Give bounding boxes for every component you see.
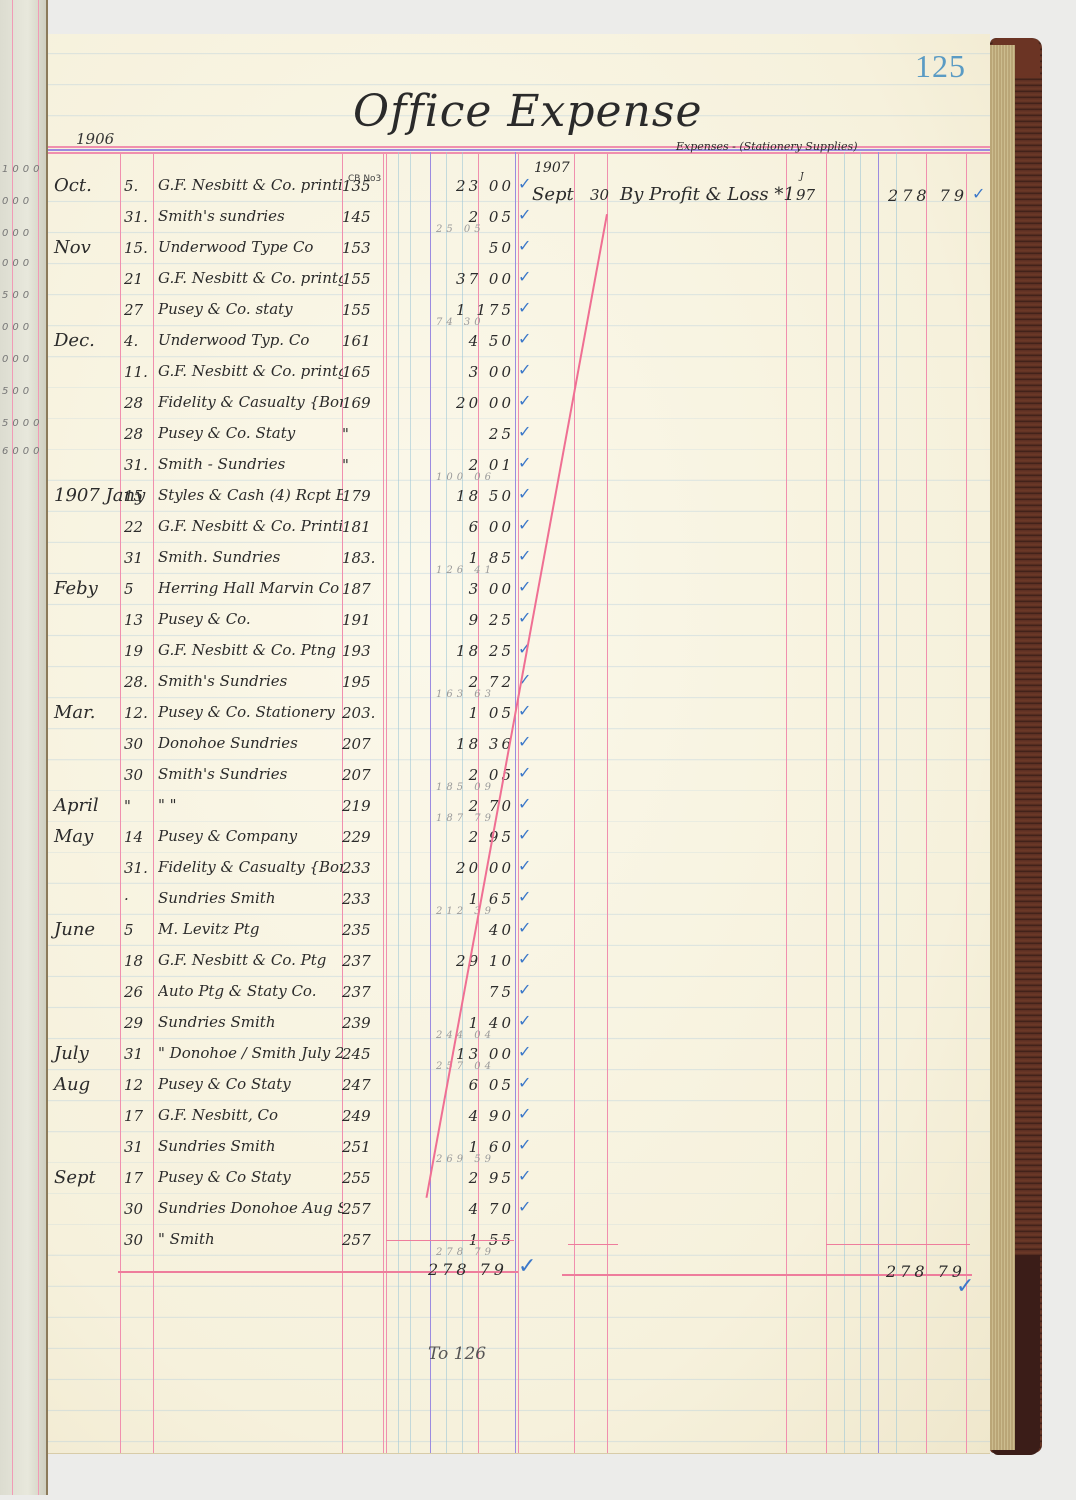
entry-folio: 179 <box>342 487 382 505</box>
entry-description: Auto Ptg & Staty Co. <box>158 982 343 1000</box>
check-mark-icon: ✓ <box>518 825 531 844</box>
ledger-row: July31" Donohoe / Smith July 2624513 00✓… <box>48 1039 518 1070</box>
check-mark-icon: ✓ <box>518 391 531 410</box>
entry-day: 30 <box>124 1200 154 1218</box>
check-mark-icon: ✓ <box>518 980 531 999</box>
ledger-row: 27Pusey & Co. staty1551 175✓74 30 <box>48 295 518 326</box>
entry-day: 28 <box>124 425 154 443</box>
check-mark-icon: ✓ <box>518 236 531 255</box>
entry-folio: 257 <box>342 1200 382 1218</box>
entry-amount: 18 50 <box>438 487 514 505</box>
entry-description: G.F. Nesbitt & Co. printg <box>158 269 343 287</box>
entry-amount: 2 95 <box>438 1169 514 1187</box>
carry-forward-note: To 126 <box>428 1344 486 1364</box>
ledger-row: 11.G.F. Nesbitt & Co. printg1653 00✓ <box>48 357 518 388</box>
check-mark-icon: ✓ <box>518 701 531 720</box>
entry-folio: 161 <box>342 332 382 350</box>
entry-description: Smith. Sundries <box>158 548 343 566</box>
entry-folio: 153 <box>342 239 382 257</box>
entry-description: G.F. Nesbitt & Co. Printing <box>158 517 343 535</box>
entry-folio: 229 <box>342 828 382 846</box>
check-mark-icon: ✓ <box>518 1104 531 1123</box>
facing-amount: 000 <box>2 228 33 239</box>
check-mark-icon: ✓ <box>518 360 531 379</box>
entry-folio: 165 <box>342 363 382 381</box>
entry-day: 19 <box>124 642 154 660</box>
entry-day: 30 <box>124 1231 154 1249</box>
entry-day: 14 <box>124 828 154 846</box>
ledger-row: 31.Smith - Sundries"2 01✓100 06 <box>48 450 518 481</box>
entry-folio: 135 <box>342 177 382 195</box>
entry-description: Pusey & Co. staty <box>158 300 343 318</box>
ledger-row: 28Pusey & Co. Staty"25✓ <box>48 419 518 450</box>
check-mark-icon: ✓ <box>518 856 531 875</box>
ledger-row: 13Pusey & Co.1919 25✓ <box>48 605 518 636</box>
subtotal-rule <box>386 1240 514 1241</box>
entry-description: Sundries Smith <box>158 889 343 907</box>
entry-description: Pusey & Co. Staty <box>158 424 343 442</box>
entry-description: G.F. Nesbitt & Co. printing <box>158 176 343 194</box>
check-mark-icon: ✓ <box>518 1135 531 1154</box>
entry-description: Pusey & Co Staty <box>158 1075 343 1093</box>
column-rule <box>860 152 861 1453</box>
entry-description: Smith's Sundries <box>158 672 343 690</box>
subtotal-rule <box>826 1244 970 1245</box>
column-rule <box>786 152 787 1453</box>
page-number: 125 <box>915 48 966 85</box>
ledger-row: 1907 Jany15Styles & Cash (4) Rcpt Books1… <box>48 481 518 512</box>
check-mark-icon: ✓ <box>518 329 531 348</box>
debit-total: 278 79 <box>428 1260 508 1279</box>
ledger-row: 30Smith's Sundries2072 05✓185 09 <box>48 760 518 791</box>
entry-description: G.F. Nesbitt & Co. Ptng <box>158 641 343 659</box>
entry-description: Fidelity & Casualty {Bond Adams} <box>158 858 343 876</box>
credit-total-check-icon: ✓ <box>956 1274 974 1299</box>
entry-folio: 169 <box>342 394 382 412</box>
entry-day: 30 <box>124 735 154 753</box>
ledger-row: June5M. Levitz Ptg23540✓ <box>48 915 518 946</box>
entry-amount: 6 05 <box>438 1076 514 1094</box>
entry-description: Styles & Cash (4) Rcpt Books <box>158 486 343 504</box>
account-note: Expenses - (Stationery Supplies) <box>676 140 858 153</box>
entry-day: · <box>124 890 154 908</box>
entry-description: Herring Hall Marvin Co <box>158 579 343 597</box>
check-mark-icon: ✓ <box>518 1166 531 1185</box>
check-mark-icon: ✓ <box>518 763 531 782</box>
entry-folio: " <box>342 425 382 443</box>
entry-description: " " <box>158 796 343 814</box>
entry-folio: 239 <box>342 1014 382 1032</box>
facing-amount: 6000 <box>2 446 43 457</box>
column-rule <box>826 152 827 1453</box>
column-rule <box>926 152 927 1453</box>
column-rule <box>607 152 608 1453</box>
ledger-row: May14Pusey & Company2292 95✓ <box>48 822 518 853</box>
entry-description: Smith - Sundries <box>158 455 343 473</box>
entry-folio: 207 <box>342 735 382 753</box>
facing-page-edge: 1000 000 000 000 500 000 000 500 5000 60… <box>0 0 48 1495</box>
check-mark-icon: ✓ <box>518 453 531 472</box>
entry-day: 17 <box>124 1107 154 1125</box>
pencil-subtotal: 278 79 <box>436 1247 495 1258</box>
entry-amount: 50 <box>438 239 514 257</box>
entry-amount: 1 05 <box>438 704 514 722</box>
check-mark-icon: ✓ <box>518 949 531 968</box>
entry-amount: 3 00 <box>438 580 514 598</box>
debit-total-check-icon: ✓ <box>518 1254 536 1279</box>
entry-folio: 207 <box>342 766 382 784</box>
check-mark-icon: ✓ <box>518 422 531 441</box>
check-mark-icon: ✓ <box>518 267 531 286</box>
ledger-row: 22G.F. Nesbitt & Co. Printing1816 00✓ <box>48 512 518 543</box>
entry-description: G.F. Nesbitt & Co. Ptg <box>158 951 343 969</box>
facing-amount: 000 <box>2 196 33 207</box>
check-mark-icon: ✓ <box>518 298 531 317</box>
entry-month: April <box>54 795 120 816</box>
entry-month: Aug <box>54 1074 120 1095</box>
column-rule <box>878 152 879 1453</box>
entry-month: Dec. <box>54 330 120 351</box>
entry-folio: 193 <box>342 642 382 660</box>
facing-amount: 500 <box>2 290 33 301</box>
entry-folio: 235 <box>342 921 382 939</box>
ledger-row: 31.Smith's sundries1452 05✓25 05 <box>48 202 518 233</box>
entry-day: 22 <box>124 518 154 536</box>
entry-amount: 6 00 <box>438 518 514 536</box>
ledger-row: Sept17Pusey & Co Staty2552 95✓ <box>48 1163 518 1194</box>
entry-amount: 4 90 <box>438 1107 514 1125</box>
check-mark-icon: ✓ <box>518 732 531 751</box>
ledger-row: ·Sundries Smith2331 65✓212 39 <box>48 884 518 915</box>
entry-folio: 181 <box>342 518 382 536</box>
entry-amount: 25 <box>438 425 514 443</box>
entry-folio: 245 <box>342 1045 382 1063</box>
check-mark-icon: ✓ <box>518 794 531 813</box>
entry-description: Sundries Donohoe Aug Sep <box>158 1199 343 1217</box>
entry-amount: 2 95 <box>438 828 514 846</box>
ledger-row: 18G.F. Nesbitt & Co. Ptg23729 10✓ <box>48 946 518 977</box>
entry-folio: 237 <box>342 983 382 1001</box>
entry-day: 28. <box>124 673 154 691</box>
entry-description: Smith's Sundries <box>158 765 343 783</box>
ledger-row: Oct.5.G.F. Nesbitt & Co. printing13523 0… <box>48 171 518 202</box>
entry-folio: 233 <box>342 890 382 908</box>
credit-total: 278 79 <box>886 1262 966 1281</box>
facing-amount: 1000 <box>2 164 43 175</box>
credit-folio: 97 <box>796 186 815 204</box>
entry-description: Fidelity & Casualty {Bond Mr. Smith} <box>158 393 343 411</box>
entry-folio: 251 <box>342 1138 382 1156</box>
entry-folio: 191 <box>342 611 382 629</box>
debit-year: 1906 <box>76 130 114 148</box>
entry-folio: 145 <box>342 208 382 226</box>
entry-folio: 249 <box>342 1107 382 1125</box>
ledger-row: 31Smith. Sundries183.1 85✓126 41 <box>48 543 518 574</box>
entry-folio: 155 <box>342 270 382 288</box>
ledger-row: 17G.F. Nesbitt, Co2494 90✓ <box>48 1101 518 1132</box>
entry-day: 31. <box>124 208 154 226</box>
subtotal-rule <box>568 1244 618 1245</box>
entry-day: 5. <box>124 177 154 195</box>
entry-description: Sundries Smith <box>158 1013 343 1031</box>
facing-amount: 000 <box>2 258 33 269</box>
check-mark-icon: ✓ <box>518 546 531 565</box>
entry-description: M. Levitz Ptg <box>158 920 343 938</box>
entry-day: 15 <box>124 487 154 505</box>
ledger-row: 31Sundries Smith2511 60✓269 59 <box>48 1132 518 1163</box>
ledger-page: 125 Office Expense 1906 Expenses - (Stat… <box>48 34 990 1454</box>
ledger-row: Feby5Herring Hall Marvin Co1873 00✓ <box>48 574 518 605</box>
facing-amount: 500 <box>2 386 33 397</box>
entry-amount: 29 10 <box>438 952 514 970</box>
entry-day: 12. <box>124 704 154 722</box>
page-title: Office Expense <box>353 86 702 137</box>
ledger-row: 31.Fidelity & Casualty {Bond Adams}23320… <box>48 853 518 884</box>
entry-month: Nov <box>54 237 120 258</box>
entry-folio: 183. <box>342 549 382 567</box>
column-rule <box>574 152 575 1453</box>
entry-day: 31. <box>124 859 154 877</box>
ledger-row: April"" "2192 70✓187 79 <box>48 791 518 822</box>
check-mark-icon: ✓ <box>518 1197 531 1216</box>
ledger-row: 30Donohoe Sundries20718 36✓ <box>48 729 518 760</box>
entry-amount: 3 00 <box>438 363 514 381</box>
entry-description: Pusey & Company <box>158 827 343 845</box>
entry-amount: 18 36 <box>438 735 514 753</box>
entry-day: 31 <box>124 1138 154 1156</box>
check-mark-icon: ✓ <box>518 887 531 906</box>
facing-amount: 000 <box>2 322 33 333</box>
ledger-row: Dec.4.Underwood Typ. Co1614 50✓ <box>48 326 518 357</box>
entry-amount: 20 00 <box>438 394 514 412</box>
entry-description: G.F. Nesbitt & Co. printg <box>158 362 343 380</box>
entry-month: Oct. <box>54 175 120 196</box>
entry-amount: 4 70 <box>438 1200 514 1218</box>
column-rule <box>896 152 897 1453</box>
entry-amount: 75 <box>438 983 514 1001</box>
entry-day: 30 <box>124 766 154 784</box>
entry-month: 1907 Jany <box>54 485 120 506</box>
credit-month: Sept <box>532 184 574 205</box>
entry-folio: 219 <box>342 797 382 815</box>
entry-day: 12 <box>124 1076 154 1094</box>
column-rule <box>844 152 845 1453</box>
facing-amount: 5000 <box>2 418 43 429</box>
check-mark-icon: ✓ <box>518 515 531 534</box>
entry-description: Pusey & Co Staty <box>158 1168 343 1186</box>
entry-day: 31 <box>124 1045 154 1063</box>
ledger-row: 28Fidelity & Casualty {Bond Mr. Smith}16… <box>48 388 518 419</box>
entry-month: May <box>54 826 120 847</box>
entry-day: 4. <box>124 332 154 350</box>
entry-description: Sundries Smith <box>158 1137 343 1155</box>
entry-day: 5 <box>124 921 154 939</box>
credit-folio-prefix: J <box>800 172 804 182</box>
entry-folio: 155 <box>342 301 382 319</box>
credit-check-icon: ✓ <box>972 184 985 203</box>
entry-folio: 257 <box>342 1231 382 1249</box>
check-mark-icon: ✓ <box>518 205 531 224</box>
ledger-row: 19G.F. Nesbitt & Co. Ptng19318 25✓ <box>48 636 518 667</box>
entry-month: June <box>54 919 120 940</box>
entry-amount: 9 25 <box>438 611 514 629</box>
entry-day: 21 <box>124 270 154 288</box>
check-mark-icon: ✓ <box>518 1042 531 1061</box>
entry-description: " Smith <box>158 1230 343 1248</box>
column-rule <box>966 152 967 1453</box>
check-mark-icon: ✓ <box>518 918 531 937</box>
entry-amount: 18 25 <box>438 642 514 660</box>
entry-amount: 23 00 <box>438 177 514 195</box>
entry-day: 13 <box>124 611 154 629</box>
ledger-row: 29Sundries Smith2391 40✓244 04 <box>48 1008 518 1039</box>
entry-description: Underwood Type Co <box>158 238 343 256</box>
ledger-row: Nov15.Underwood Type Co15350✓ <box>48 233 518 264</box>
entry-folio: 187 <box>342 580 382 598</box>
entry-day: " <box>124 797 154 815</box>
check-mark-icon: ✓ <box>518 608 531 627</box>
entry-description: Pusey & Co. <box>158 610 343 628</box>
credit-day: 30 <box>590 186 609 204</box>
entry-folio: 203. <box>342 704 382 722</box>
entry-amount: 20 00 <box>438 859 514 877</box>
ledger-row: 30Sundries Donohoe Aug Sep2574 70✓ <box>48 1194 518 1225</box>
entry-description: " Donohoe / Smith July 26 <box>158 1044 343 1062</box>
entry-folio: 237 <box>342 952 382 970</box>
facing-page-rule <box>12 0 13 1495</box>
entry-day: 28 <box>124 394 154 412</box>
ledger-row: 21G.F. Nesbitt & Co. printg15537 00✓ <box>48 264 518 295</box>
entry-description: Smith's sundries <box>158 207 343 225</box>
entry-month: Sept <box>54 1167 120 1188</box>
facing-amount: 000 <box>2 354 33 365</box>
ledger-row: 26Auto Ptg & Staty Co.23775✓ <box>48 977 518 1008</box>
entry-description: Underwood Typ. Co <box>158 331 343 349</box>
entry-day: 17 <box>124 1169 154 1187</box>
credit-amount: 278 79 <box>878 186 968 205</box>
entry-description: Pusey & Co. Stationery <box>158 703 343 721</box>
entry-month: July <box>54 1043 120 1064</box>
entry-folio: 195 <box>342 673 382 691</box>
entry-amount: 37 00 <box>438 270 514 288</box>
entry-day: 5 <box>124 580 154 598</box>
entry-day: 29 <box>124 1014 154 1032</box>
entry-folio: 255 <box>342 1169 382 1187</box>
ledger-row: 28.Smith's Sundries1952 72✓163 63 <box>48 667 518 698</box>
entry-day: 11. <box>124 363 154 381</box>
entry-day: 18 <box>124 952 154 970</box>
check-mark-icon: ✓ <box>518 484 531 503</box>
entry-day: 31. <box>124 456 154 474</box>
entry-description: G.F. Nesbitt, Co <box>158 1106 343 1124</box>
entry-day: 15. <box>124 239 154 257</box>
entry-amount: 4 50 <box>438 332 514 350</box>
entry-folio: 233 <box>342 859 382 877</box>
entry-month: Mar. <box>54 702 120 723</box>
entry-description: Donohoe Sundries <box>158 734 343 752</box>
check-mark-icon: ✓ <box>518 1073 531 1092</box>
credit-description: By Profit & Loss *1 <box>620 184 795 205</box>
entry-day: 27 <box>124 301 154 319</box>
entry-folio: " <box>342 456 382 474</box>
check-mark-icon: ✓ <box>518 1011 531 1030</box>
entry-folio: 247 <box>342 1076 382 1094</box>
credit-year: 1907 <box>534 160 570 176</box>
facing-page-rule <box>38 0 39 1495</box>
ledger-row: Mar.12.Pusey & Co. Stationery203.1 05✓ <box>48 698 518 729</box>
entry-month: Feby <box>54 578 120 599</box>
check-mark-icon: ✓ <box>518 174 531 193</box>
entry-day: 26 <box>124 983 154 1001</box>
check-mark-icon: ✓ <box>518 577 531 596</box>
entry-day: 31 <box>124 549 154 567</box>
